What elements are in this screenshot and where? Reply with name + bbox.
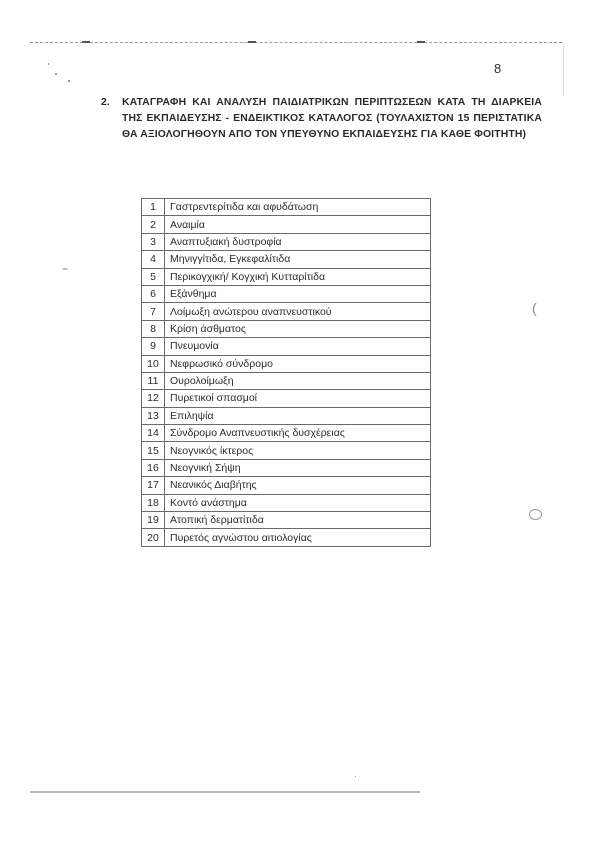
scan-speck: [55, 73, 57, 75]
table-row: 16Νεογνική Σήψη: [142, 459, 431, 476]
case-number: 14: [142, 425, 165, 442]
table-row: 6Εξάνθημα: [142, 285, 431, 302]
table-row: 11Ουρολοίμωξη: [142, 372, 431, 389]
table-row: 5Περικογχική/ Κογχική Κυτταρίτιδα: [142, 268, 431, 285]
case-number: 2: [142, 216, 165, 233]
case-name: Νεογνική Σήψη: [165, 459, 431, 476]
page-edge-line: [563, 46, 564, 96]
case-number: 16: [142, 459, 165, 476]
table-row: 15Νεογνικός ίκτερος: [142, 442, 431, 459]
section-heading: 2. ΚΑΤΑΓΡΑΦΗ ΚΑΙ ΑΝΑΛΥΣΗ ΠΑΙΔΙΑΤΡΙΚΩΝ ΠΕ…: [102, 95, 542, 144]
table-row: 9Πνευμονία: [142, 338, 431, 355]
table-row: 7Λοίμωξη ανώτερου αναπνευστικού: [142, 303, 431, 320]
scan-mark: [417, 41, 425, 43]
scan-speck: [62, 268, 68, 270]
case-number: 20: [142, 529, 165, 546]
case-number: 11: [142, 372, 165, 389]
page-number: 8: [494, 61, 501, 76]
case-name: Επιληψία: [165, 407, 431, 424]
case-name: Περικογχική/ Κογχική Κυτταρίτιδα: [165, 268, 431, 285]
case-number: 17: [142, 477, 165, 494]
case-name: Νεφρωσικό σύνδρομο: [165, 355, 431, 372]
table-row: 19Ατοπική δερματίτιδα: [142, 512, 431, 529]
pediatric-case-list-table: 1Γαστρεντερίτιδα και αφυδάτωση2Αναιμία3Α…: [141, 198, 431, 547]
margin-paren-mark: (: [532, 300, 537, 316]
table-row: 17Νεανικός Διαβήτης: [142, 477, 431, 494]
table-row: 18Κοντό ανάστημα: [142, 494, 431, 511]
case-number: 9: [142, 338, 165, 355]
case-name: Αναπτυξιακή δυστροφία: [165, 233, 431, 250]
table-row: 14Σύνδρομο Αναπνευστικής δυσχέρειας: [142, 425, 431, 442]
case-name: Λοίμωξη ανώτερου αναπνευστικού: [165, 303, 431, 320]
case-number: 18: [142, 494, 165, 511]
table-row: 1Γαστρεντερίτιδα και αφυδάτωση: [142, 199, 431, 216]
case-name: Κοντό ανάστημα: [165, 494, 431, 511]
table-row: 4Μηνιγγίτιδα, Εγκεφαλίτιδα: [142, 251, 431, 268]
scan-mark: [248, 41, 256, 43]
case-name: Πυρετικοί σπασμοί: [165, 390, 431, 407]
scan-speck: [355, 776, 356, 777]
case-number: 7: [142, 303, 165, 320]
case-number: 13: [142, 407, 165, 424]
case-name: Ατοπική δερματίτιδα: [165, 512, 431, 529]
case-name: Γαστρεντερίτιδα και αφυδάτωση: [165, 199, 431, 216]
case-name: Νεανικός Διαβήτης: [165, 477, 431, 494]
case-name: Κρίση άσθματος: [165, 320, 431, 337]
case-number: 15: [142, 442, 165, 459]
case-number: 1: [142, 199, 165, 216]
table-row: 8Κρίση άσθματος: [142, 320, 431, 337]
case-name: Μηνιγγίτιδα, Εγκεφαλίτιδα: [165, 251, 431, 268]
case-name: Αναιμία: [165, 216, 431, 233]
bottom-scan-line: [30, 791, 420, 793]
case-number: 12: [142, 390, 165, 407]
table-row: 13Επιληψία: [142, 407, 431, 424]
case-number: 5: [142, 268, 165, 285]
table-row: 3Αναπτυξιακή δυστροφία: [142, 233, 431, 250]
case-name: Πνευμονία: [165, 338, 431, 355]
case-name: Νεογνικός ίκτερος: [165, 442, 431, 459]
stamp-mark: [529, 509, 542, 520]
case-name: Σύνδρομο Αναπνευστικής δυσχέρειας: [165, 425, 431, 442]
case-number: 19: [142, 512, 165, 529]
case-number: 10: [142, 355, 165, 372]
table-row: 10Νεφρωσικό σύνδρομο: [142, 355, 431, 372]
table-row: 12Πυρετικοί σπασμοί: [142, 390, 431, 407]
case-name: Εξάνθημα: [165, 285, 431, 302]
case-number: 8: [142, 320, 165, 337]
table-row: 20Πυρετός αγνώστου αιτιολογίας: [142, 529, 431, 546]
case-name: Ουρολοίμωξη: [165, 372, 431, 389]
case-name: Πυρετός αγνώστου αιτιολογίας: [165, 529, 431, 546]
scan-mark: [82, 41, 90, 43]
case-number: 3: [142, 233, 165, 250]
table-row: 2Αναιμία: [142, 216, 431, 233]
scan-speck: [48, 63, 49, 65]
case-number: 4: [142, 251, 165, 268]
scan-speck: [68, 80, 70, 82]
section-number: 2.: [101, 95, 110, 111]
case-number: 6: [142, 285, 165, 302]
section-heading-text: ΚΑΤΑΓΡΑΦΗ ΚΑΙ ΑΝΑΛΥΣΗ ΠΑΙΔΙΑΤΡΙΚΩΝ ΠΕΡΙΠ…: [122, 95, 542, 144]
top-scan-line: [30, 42, 562, 43]
